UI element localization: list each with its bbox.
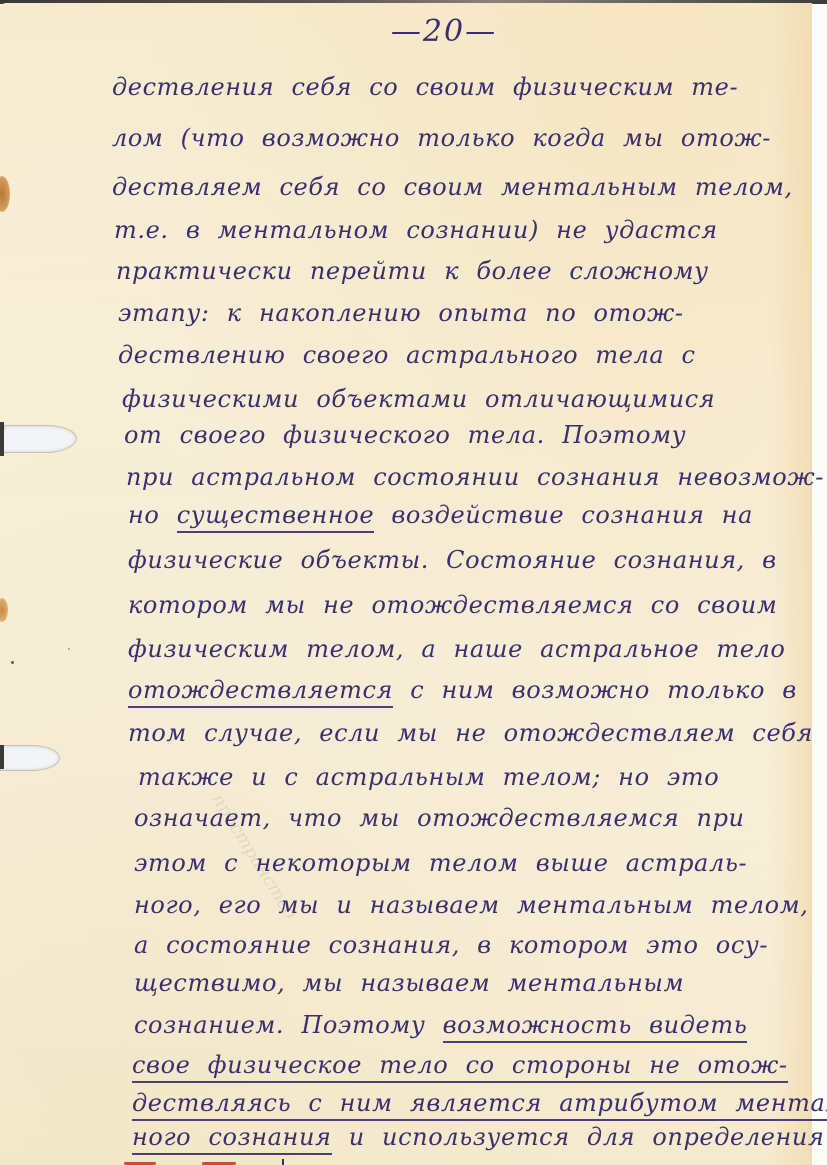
text-line: т.е. в ментальном сознании) не удастся (114, 215, 718, 245)
underlined-phrase: ного сознания (132, 1123, 332, 1155)
text-line: также и с астральным телом; но это (138, 762, 719, 792)
text-line: а состояние сознания, в котором это осу- (134, 930, 768, 960)
underlined-word: отождествляется (128, 676, 393, 708)
text-line: отождествляется с ним возможно только в (128, 675, 797, 705)
text-line: означает, что мы отождествляемся при (134, 803, 745, 833)
underlined-phrase: дествляясь с ним является атрибутом мент… (132, 1089, 827, 1121)
text-line: ществимо, мы называем ментальным (134, 968, 684, 998)
text-line: свое физическое тело со стороны не отож- (132, 1050, 788, 1080)
text-line: но существенное воздействие сознания на (128, 500, 753, 530)
text-segment: но (128, 501, 177, 529)
page-number: —20— (384, 14, 504, 49)
text-line: ного сознания и используется для определ… (132, 1122, 824, 1152)
text-line: практически перейти к более сложному (116, 256, 709, 286)
text-line: дествляясь с ним является атрибутом мент… (132, 1088, 827, 1118)
text-line: этапу: к накоплению опыта по отож- (118, 298, 684, 328)
scanned-page: пространство —20— дествления себя со сво… (0, 0, 827, 1165)
text-segment: с ним возможно только в (393, 676, 797, 704)
text-line: дествления себя со своим физическим те- (112, 72, 738, 102)
text-line: от своего физического тела. Поэтому (124, 420, 686, 450)
text-segment: и используется для определения (332, 1123, 825, 1151)
torn-binding-edge (0, 745, 4, 769)
underlined-phrase: возможность видеть (443, 1011, 748, 1043)
cutoff-ink-stroke (282, 1159, 288, 1165)
text-line: дествляем себя со своим ментальным телом… (112, 172, 793, 202)
text-line: ного, его мы и называем ментальным телом… (134, 890, 808, 920)
underlined-phrase: свое физическое тело со стороны не отож- (132, 1051, 788, 1083)
text-segment: воздействие сознания на (374, 501, 753, 529)
text-line: физическим телом, а наше астральное тело (128, 634, 785, 664)
underlined-word: существенное (177, 501, 374, 533)
text-line: том случае, если мы не отождествляем себ… (128, 718, 813, 748)
paper-speck (68, 648, 70, 650)
torn-binding-hole (0, 745, 60, 771)
text-line: физические объекты. Состояние сознания, … (128, 545, 777, 575)
torn-binding-edge (0, 422, 4, 456)
text-line: котором мы не отождествляемся со своим (128, 590, 777, 620)
text-line: сознанием. Поэтому возможность видеть (134, 1010, 747, 1040)
text-line: при астральном состоянии сознания невозм… (126, 462, 824, 492)
text-line: этом с некоторым телом выше астраль- (134, 848, 747, 878)
paper-speck (11, 661, 14, 664)
text-segment: сознанием. Поэтому (134, 1011, 443, 1039)
text-line: физическими объектами отличающимися (122, 384, 715, 414)
text-line: лом (что возможно только когда мы отож- (112, 123, 771, 153)
text-line: дествлению своего астрального тела с (118, 340, 696, 370)
